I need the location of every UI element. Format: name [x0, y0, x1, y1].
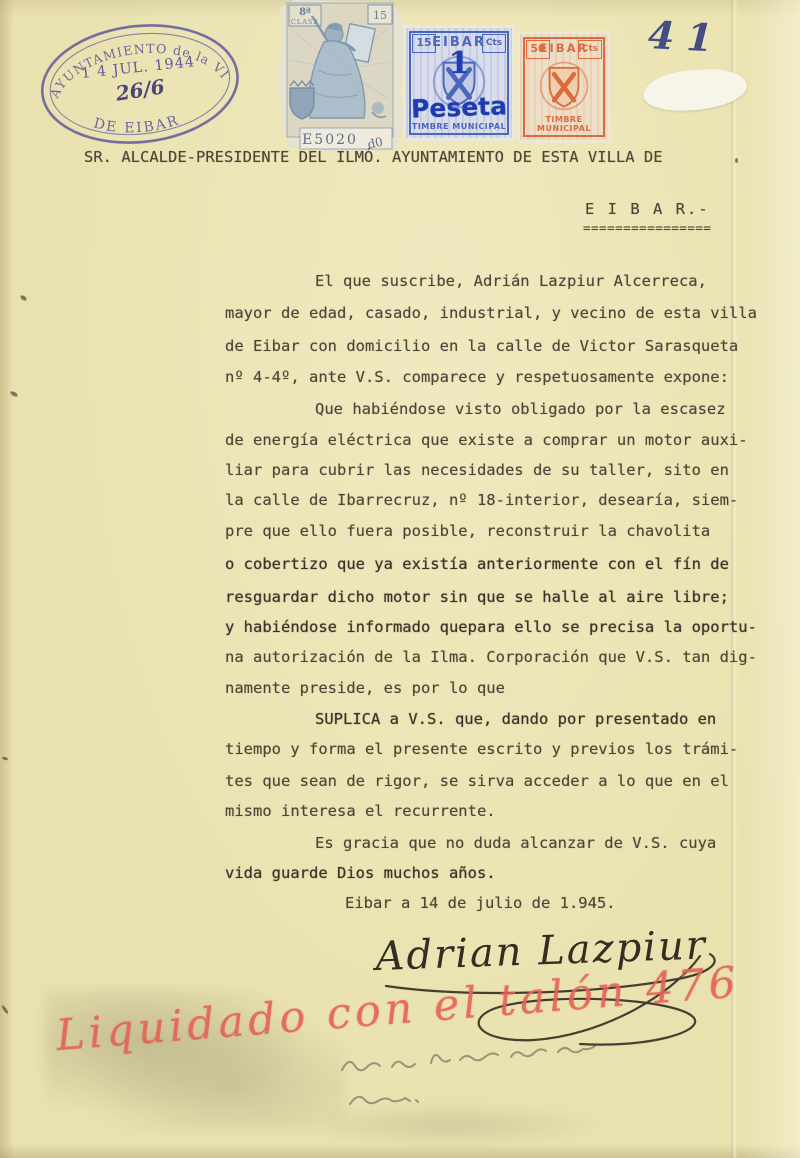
- ink-speck: [2, 756, 9, 761]
- typed-line: tes que sean de rigor, se sirva acceder …: [225, 772, 729, 790]
- fiscal-class-value: 8ª: [299, 7, 311, 18]
- typed-line: de Eibar con domicilio en la calle de Vi…: [225, 337, 738, 355]
- stamp-blue-overprint-value: 1: [406, 46, 512, 81]
- stamp-orange-shield: [537, 57, 591, 113]
- typed-line: nº 4-4º, ante V.S. comparece y respetuos…: [225, 368, 729, 386]
- typed-line: o cobertizo que ya existía anteriormente…: [225, 555, 729, 573]
- typed-line: y habiéndose informado quepara ello se p…: [225, 618, 757, 636]
- typed-line: namente preside, es por lo que: [225, 679, 505, 697]
- typed-line: resguardar dicho motor sin que se halle …: [225, 588, 729, 606]
- registry-entry-number: 26/6: [113, 74, 166, 106]
- typed-line: tiempo y forma el presente escrito y pre…: [225, 740, 738, 758]
- city-underline: ================: [583, 220, 711, 235]
- municipal-stamp-blue: 15 EIBAR Cts 1 Peseta TIMBRE MUNICIPAL: [406, 28, 512, 138]
- stamp-orange-footer: TIMBRE MUNICIPAL: [520, 115, 608, 133]
- document-page: AYUNTAMIENTO de la VILLA 1 4 JUL. 1944 2…: [0, 0, 800, 1158]
- fiscal-serial: E5020: [302, 132, 358, 148]
- city-line: E I B A R.-: [585, 200, 710, 218]
- typed-line: liar para cubrir las necesidades de su t…: [225, 461, 729, 479]
- ink-speck: [1, 1005, 9, 1015]
- fiscal-stamp: 8ª CLASE 15 E5020 d0: [278, 0, 406, 152]
- typed-line: El que suscribe, Adrián Lazpiur Alcerrec…: [315, 272, 707, 290]
- registry-arc-bottom-text: DE EIBAR: [90, 107, 182, 142]
- folio-number: 41: [647, 12, 726, 61]
- registry-oval-stamp: AYUNTAMIENTO de la VILLA 1 4 JUL. 1944 2…: [28, 9, 252, 160]
- typed-line: na autorización de la Ilma. Corporación …: [225, 648, 757, 666]
- municipal-stamp-orange: 50 EIBAR Cts TIMBRE MUNICIPAL: [520, 34, 608, 140]
- typed-line: vida guarde Dios muchos años.: [225, 864, 496, 882]
- typed-line: de energía eléctrica que existe a compra…: [225, 431, 748, 449]
- ink-speck: [10, 390, 19, 397]
- typed-line: la calle de Ibarrecruz, nº 18-interior, …: [225, 491, 738, 509]
- stamp-blue-overprint-unit: Peseta: [406, 91, 513, 124]
- typed-line: mayor de edad, casado, industrial, y vec…: [225, 304, 757, 322]
- fiscal-corner-value: 15: [373, 9, 387, 22]
- stamp-blue-footer: TIMBRE MUNICIPAL: [406, 122, 512, 131]
- typed-line: Que habiéndose visto obligado por la esc…: [315, 400, 726, 418]
- typed-line: pre que ello fuera posible, reconstruir …: [225, 522, 710, 540]
- typed-line: Es gracia que no duda alcanzar de V.S. c…: [315, 834, 716, 852]
- ink-speck: [19, 294, 27, 301]
- typed-line: SUPLICA a V.S. que, dando por presentado…: [315, 710, 716, 728]
- ink-speck: [735, 158, 738, 163]
- typed-line: mismo interesa el recurrente.: [225, 802, 496, 820]
- addressee-line: SR. ALCALDE-PRESIDENTE DEL ILMÓ. AYUNTAM…: [84, 148, 663, 166]
